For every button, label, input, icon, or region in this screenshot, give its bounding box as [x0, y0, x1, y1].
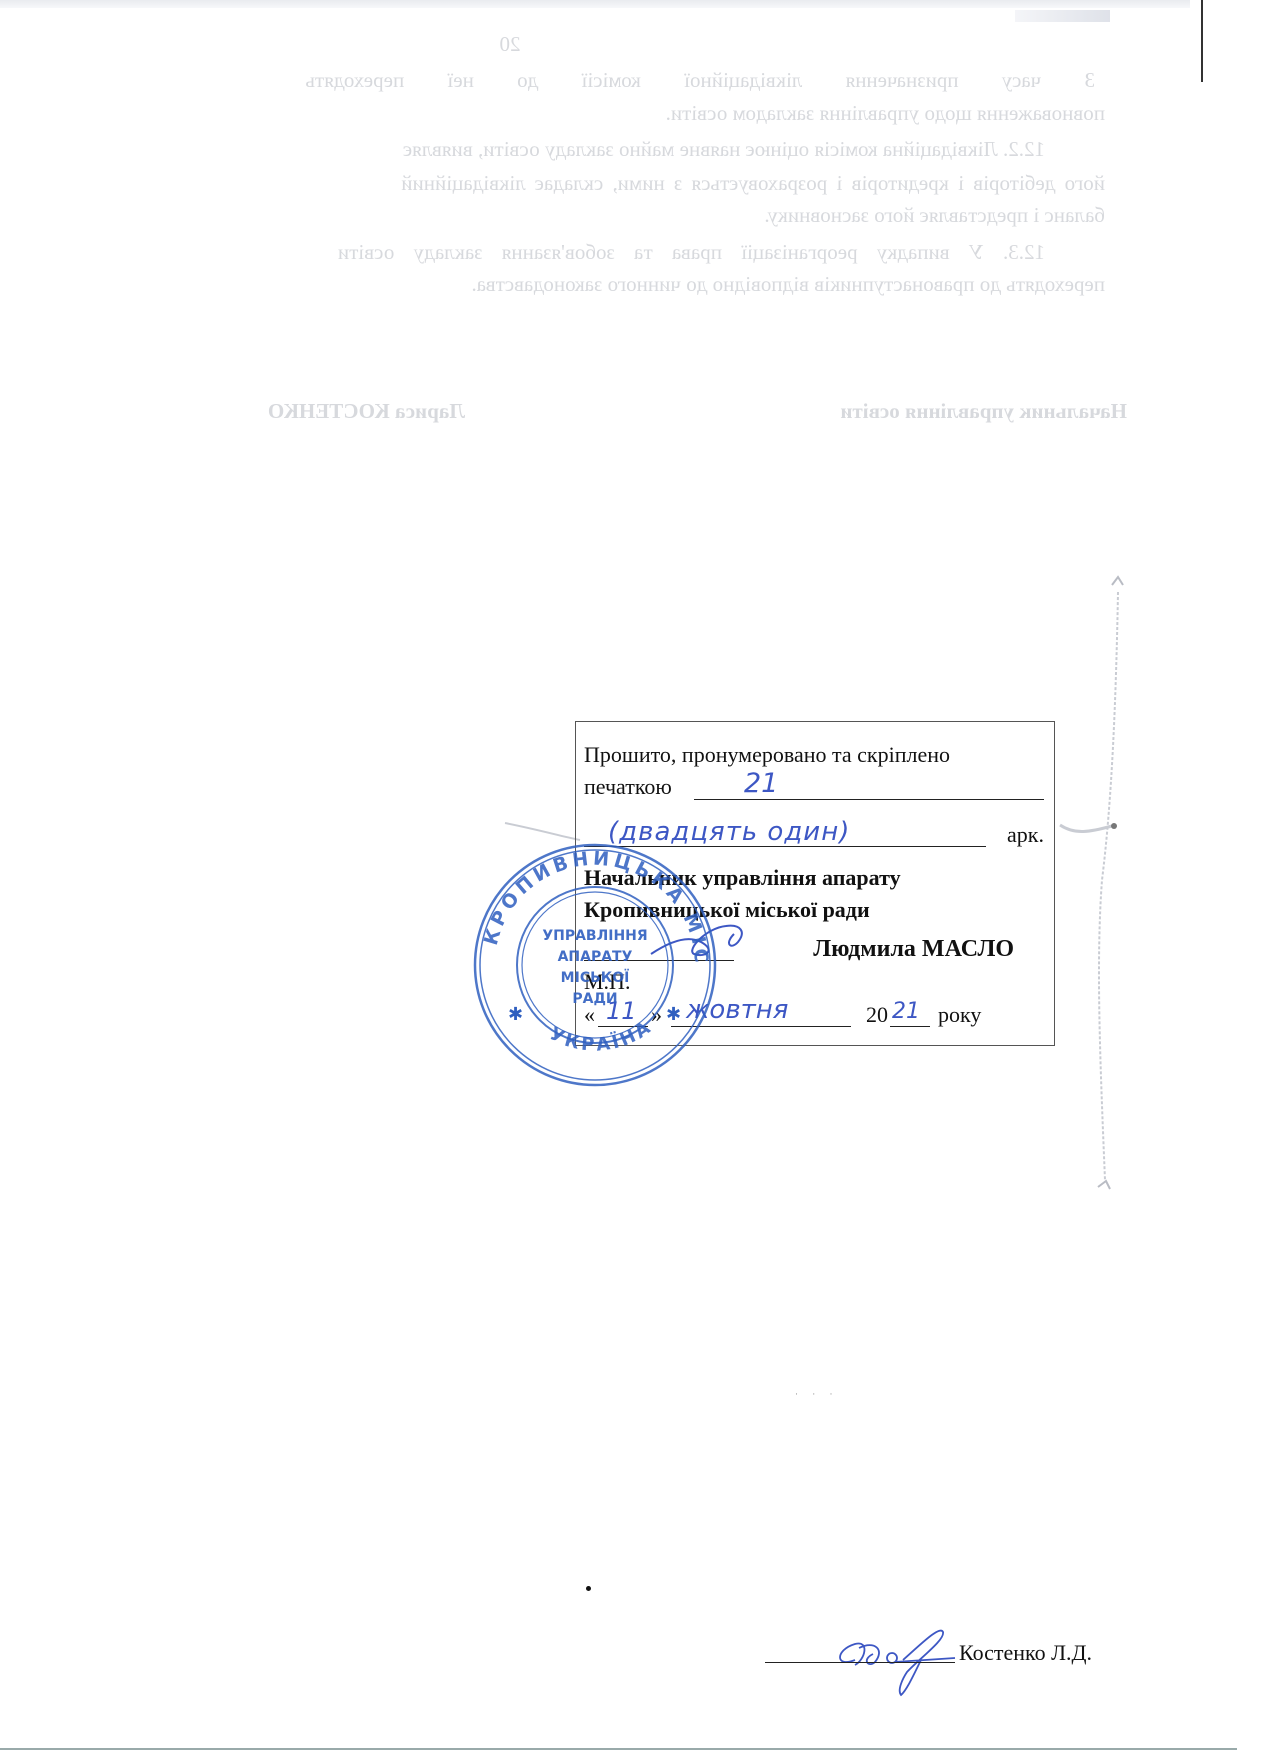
bleed-through-text: 20 З часу призначення ліквідаційної комі…: [0, 0, 1275, 420]
handwritten-month: жовтня: [686, 995, 788, 1025]
footer-signer-name: Костенко Л.Д.: [959, 1640, 1092, 1666]
bleed-line: його дебіторів і кредиторів і розраховує…: [401, 167, 1105, 199]
handwritten-signature-icon: [825, 1620, 965, 1700]
bleed-signature-name: Лариса КОСТЕНКО: [268, 395, 465, 427]
handwritten-sheet-words: (двадцять один): [608, 817, 850, 847]
bleed-line: 12.3. У випадку реорганізації права та з…: [338, 236, 1045, 268]
signer-position-line1: Начальник управління апарату: [584, 865, 901, 891]
handwritten-day: 11: [606, 997, 637, 1025]
handwritten-sheet-count: 21: [744, 768, 778, 799]
scan-specks: · · ·: [795, 1389, 839, 1399]
handwritten-signature-icon: [646, 914, 756, 964]
certificate-heading: Прошито, пронумеровано та скріплено: [584, 742, 950, 768]
bleed-line: повноваження щодо управління закладом ос…: [666, 97, 1105, 129]
bleed-page-number: 20: [480, 28, 540, 60]
bleed-line: баланс і представляє його засновнику.: [764, 199, 1105, 231]
binding-certificate-box: Прошито, пронумеровано та скріплено печа…: [575, 721, 1055, 1046]
date-year-prefix: 20: [866, 1002, 888, 1028]
seal-star-icon: ✱: [508, 1004, 523, 1024]
signature-line: [765, 1662, 955, 1663]
seal-label: печаткою: [584, 774, 672, 800]
signer-name: Людмила МАСЛО: [813, 936, 1014, 963]
bleed-line: 12.2. Ліквідаційна комісія оцінює наявне…: [403, 133, 1045, 165]
scan-dot: [586, 1586, 591, 1591]
date-year-word: року: [938, 1002, 981, 1028]
fill-line: [671, 1026, 851, 1027]
seal-place-label: М.П.: [584, 969, 630, 995]
fill-line: [598, 1026, 648, 1027]
date-open-quote: «: [584, 1002, 595, 1028]
bleed-line: переходять до правонаступників відповідн…: [471, 268, 1105, 300]
fill-line: [890, 1026, 930, 1027]
fill-line: [694, 799, 1044, 800]
footer-signature-block: Костенко Л.Д.: [765, 1620, 1120, 1680]
handwritten-year-suffix: 21: [892, 999, 920, 1024]
date-close-quote: »: [651, 1002, 662, 1028]
sheets-unit: арк.: [1007, 822, 1044, 848]
bleed-line: З часу призначення ліквідаційної комісії…: [305, 64, 1095, 96]
scan-bottom-edge: [0, 1748, 1237, 1750]
bleed-signature-title: Начальник управління освіти: [840, 395, 1127, 427]
